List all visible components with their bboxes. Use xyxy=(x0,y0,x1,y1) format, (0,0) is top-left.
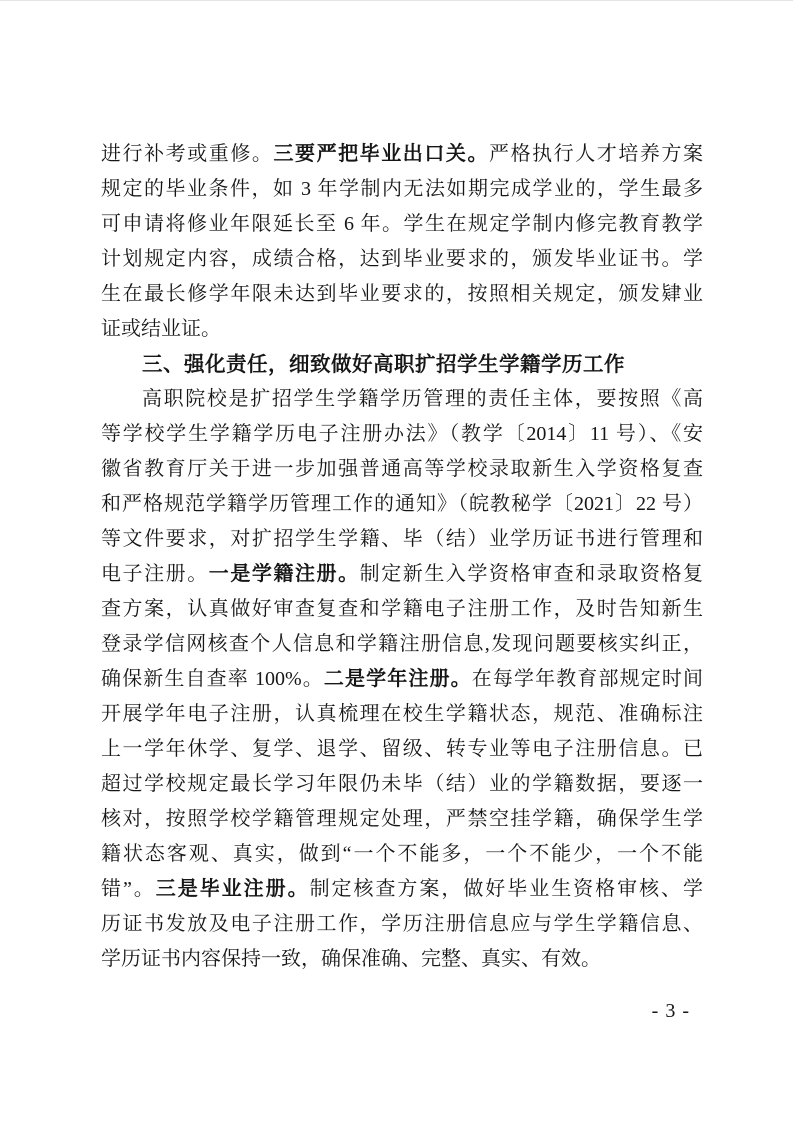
text-run: 严格执行人才培养方案 xyxy=(489,143,703,165)
text-run: 规定的毕业条件，如 3 年学制内无法如期完成学业的，学生最多 xyxy=(101,178,703,200)
bold-text-run: 二是学年注册。 xyxy=(324,668,472,690)
text-run: 徽省教育厅关于进一步加强普通高等学校录取新生入学资格复查 xyxy=(101,458,703,480)
text-run: 等学校学生学籍学历电子注册办法》（教学〔2014〕11 号）、《安 xyxy=(101,423,703,445)
text-line: 电子注册。一是学籍注册。制定新生入学资格审查和录取资格复 xyxy=(101,557,703,592)
text-run: 进行补考或重修。 xyxy=(101,143,273,165)
text-run: 制定核查方案，做好毕业生资格审核、学 xyxy=(310,878,703,900)
text-run: 上一学年休学、复学、退学、留级、转专业等电子注册信息。已 xyxy=(101,738,703,760)
text-line: 登录学信网核查个人信息和学籍注册信息,发现问题要核实纠正， xyxy=(101,627,703,662)
text-run: 籍状态客观、真实，做到“一个不能多，一个不能少，一个不能 xyxy=(101,843,703,865)
text-line: 籍状态客观、真实，做到“一个不能多，一个不能少，一个不能 xyxy=(101,837,703,872)
text-line: 高职院校是扩招学生学籍学历管理的责任主体，要按照《高 xyxy=(101,382,703,417)
document-page: 进行补考或重修。三要严把毕业出口关。严格执行人才培养方案规定的毕业条件，如 3 … xyxy=(0,0,793,1122)
document-body: 进行补考或重修。三要严把毕业出口关。严格执行人才培养方案规定的毕业条件，如 3 … xyxy=(101,137,703,977)
text-line: 规定的毕业条件，如 3 年学制内无法如期完成学业的，学生最多 xyxy=(101,172,703,207)
text-run: 查方案，认真做好审查复查和学籍电子注册工作，及时告知新生 xyxy=(101,598,703,620)
text-line: 生在最长修学年限未达到毕业要求的，按照相关规定，颁发肄业 xyxy=(101,277,703,312)
text-line: 确保新生自查率 100%。二是学年注册。在每学年教育部规定时间 xyxy=(101,662,703,697)
text-run: 计划规定内容，成绩合格，达到毕业要求的，颁发毕业证书。学 xyxy=(101,248,703,270)
page-number: - 3 - xyxy=(652,1000,690,1023)
text-line: 开展学年电子注册，认真梳理在校生学籍状态，规范、准确标注 xyxy=(101,697,703,732)
text-run: 证或结业证。 xyxy=(101,318,221,340)
text-line: 查方案，认真做好审查复查和学籍电子注册工作，及时告知新生 xyxy=(101,592,703,627)
text-run: 生在最长修学年限未达到毕业要求的，按照相关规定，颁发肄业 xyxy=(101,283,703,305)
text-run: 等文件要求，对扩招学生学籍、毕（结）业学历证书进行管理和 xyxy=(101,528,703,550)
text-line: 徽省教育厅关于进一步加强普通高等学校录取新生入学资格复查 xyxy=(101,452,703,487)
text-run: 历证书发放及电子注册工作，学历注册信息应与学生学籍信息、 xyxy=(101,913,703,935)
text-line: 证或结业证。 xyxy=(101,312,703,347)
text-line: 学历证书内容保持一致，确保准确、完整、真实、有效。 xyxy=(101,942,703,977)
text-line: 可申请将修业年限延长至 6 年。学生在规定学制内修完教育教学 xyxy=(101,207,703,242)
text-run: 学历证书内容保持一致，确保准确、完整、真实、有效。 xyxy=(101,948,601,970)
text-run: 错”。 xyxy=(101,878,156,900)
text-run: 开展学年电子注册，认真梳理在校生学籍状态，规范、准确标注 xyxy=(101,703,703,725)
text-run: 核对，按照学校学籍管理规定处理，严禁空挂学籍，确保学生学 xyxy=(101,808,703,830)
section-heading: 三、强化责任，细致做好高职扩招学生学籍学历工作 xyxy=(101,347,703,382)
scan-edge-artifact xyxy=(0,0,793,1)
bold-text-run: 三是毕业注册。 xyxy=(156,878,310,900)
text-run: 电子注册。 xyxy=(101,563,209,585)
text-line: 核对，按照学校学籍管理规定处理，严禁空挂学籍，确保学生学 xyxy=(101,802,703,837)
text-line: 和严格规范学籍学历管理工作的通知》（皖教秘学〔2021〕22 号） xyxy=(101,487,703,522)
text-run: 超过学校规定最长学习年限仍未毕（结）业的学籍数据，要逐一 xyxy=(101,773,703,795)
text-run: 确保新生自查率 100%。 xyxy=(101,668,324,690)
text-run: 和严格规范学籍学历管理工作的通知》（皖教秘学〔2021〕22 号） xyxy=(101,493,703,515)
text-line: 进行补考或重修。三要严把毕业出口关。严格执行人才培养方案 xyxy=(101,137,703,172)
text-run: 可申请将修业年限延长至 6 年。学生在规定学制内修完教育教学 xyxy=(101,213,703,235)
text-line: 历证书发放及电子注册工作，学历注册信息应与学生学籍信息、 xyxy=(101,907,703,942)
text-line: 错”。三是毕业注册。制定核查方案，做好毕业生资格审核、学 xyxy=(101,872,703,907)
text-run: 在每学年教育部规定时间 xyxy=(472,668,703,690)
bold-text-run: 三、强化责任，细致做好高职扩招学生学籍学历工作 xyxy=(142,353,625,376)
text-line: 上一学年休学、复学、退学、留级、转专业等电子注册信息。已 xyxy=(101,732,703,767)
text-line: 计划规定内容，成绩合格，达到毕业要求的，颁发毕业证书。学 xyxy=(101,242,703,277)
text-run: 高职院校是扩招学生学籍学历管理的责任主体，要按照《高 xyxy=(142,388,703,410)
bold-text-run: 三要严把毕业出口关。 xyxy=(273,143,489,165)
text-line: 超过学校规定最长学习年限仍未毕（结）业的学籍数据，要逐一 xyxy=(101,767,703,802)
text-run: 制定新生入学资格审查和录取资格复 xyxy=(360,563,703,585)
bold-text-run: 一是学籍注册。 xyxy=(209,563,360,585)
text-line: 等学校学生学籍学历电子注册办法》（教学〔2014〕11 号）、《安 xyxy=(101,417,703,452)
text-run: 登录学信网核查个人信息和学籍注册信息,发现问题要核实纠正， xyxy=(101,633,703,655)
text-line: 等文件要求，对扩招学生学籍、毕（结）业学历证书进行管理和 xyxy=(101,522,703,557)
